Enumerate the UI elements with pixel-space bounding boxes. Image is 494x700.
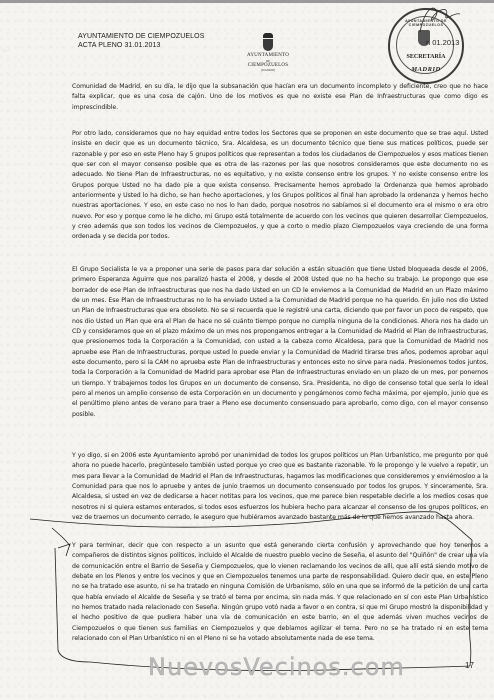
site-watermark: NuevosVecinos.com bbox=[148, 653, 405, 681]
logo-line-4: (MADRID) bbox=[240, 68, 296, 72]
municipal-logo: AYUNTAMIENTO DE CIEMPOZUELOS (MADRID) bbox=[240, 33, 296, 72]
header-document-title: ACTA PLENO 31.01.2013 bbox=[78, 42, 204, 51]
logo-line-1: AYUNTAMIENTO bbox=[240, 53, 296, 59]
margin-scan-noise: ·:·· bbox=[2, 48, 9, 54]
paragraph-1: Comunidad de Madrid, en su día, le dijo … bbox=[72, 82, 488, 113]
paragraph-4: Y yo digo, si en 2006 este Ayuntamiento … bbox=[72, 451, 488, 523]
paragraph-3: El Grupo Socialista le va a proponer una… bbox=[72, 265, 488, 420]
scanned-document-page: AYUNTAMIENTO DE CIEMPOZUELOS ACTA PLENO … bbox=[0, 0, 494, 700]
paragraph-5-highlighted: Y para terminar, decir que con respecto … bbox=[72, 541, 488, 644]
header-organization: AYUNTAMIENTO DE CIEMPOZUELOS bbox=[78, 33, 204, 42]
document-header: AYUNTAMIENTO DE CIEMPOZUELOS ACTA PLENO … bbox=[78, 33, 204, 50]
stamp-department: SECRETARÍA bbox=[390, 54, 462, 60]
handwritten-signature-icon bbox=[410, 2, 470, 42]
coat-of-arms-icon bbox=[263, 33, 273, 51]
page-number: 17 bbox=[465, 661, 474, 670]
paragraph-2: Por otro lado, consideramos que no hay e… bbox=[72, 129, 488, 243]
stamp-city: MADRID bbox=[390, 66, 462, 73]
